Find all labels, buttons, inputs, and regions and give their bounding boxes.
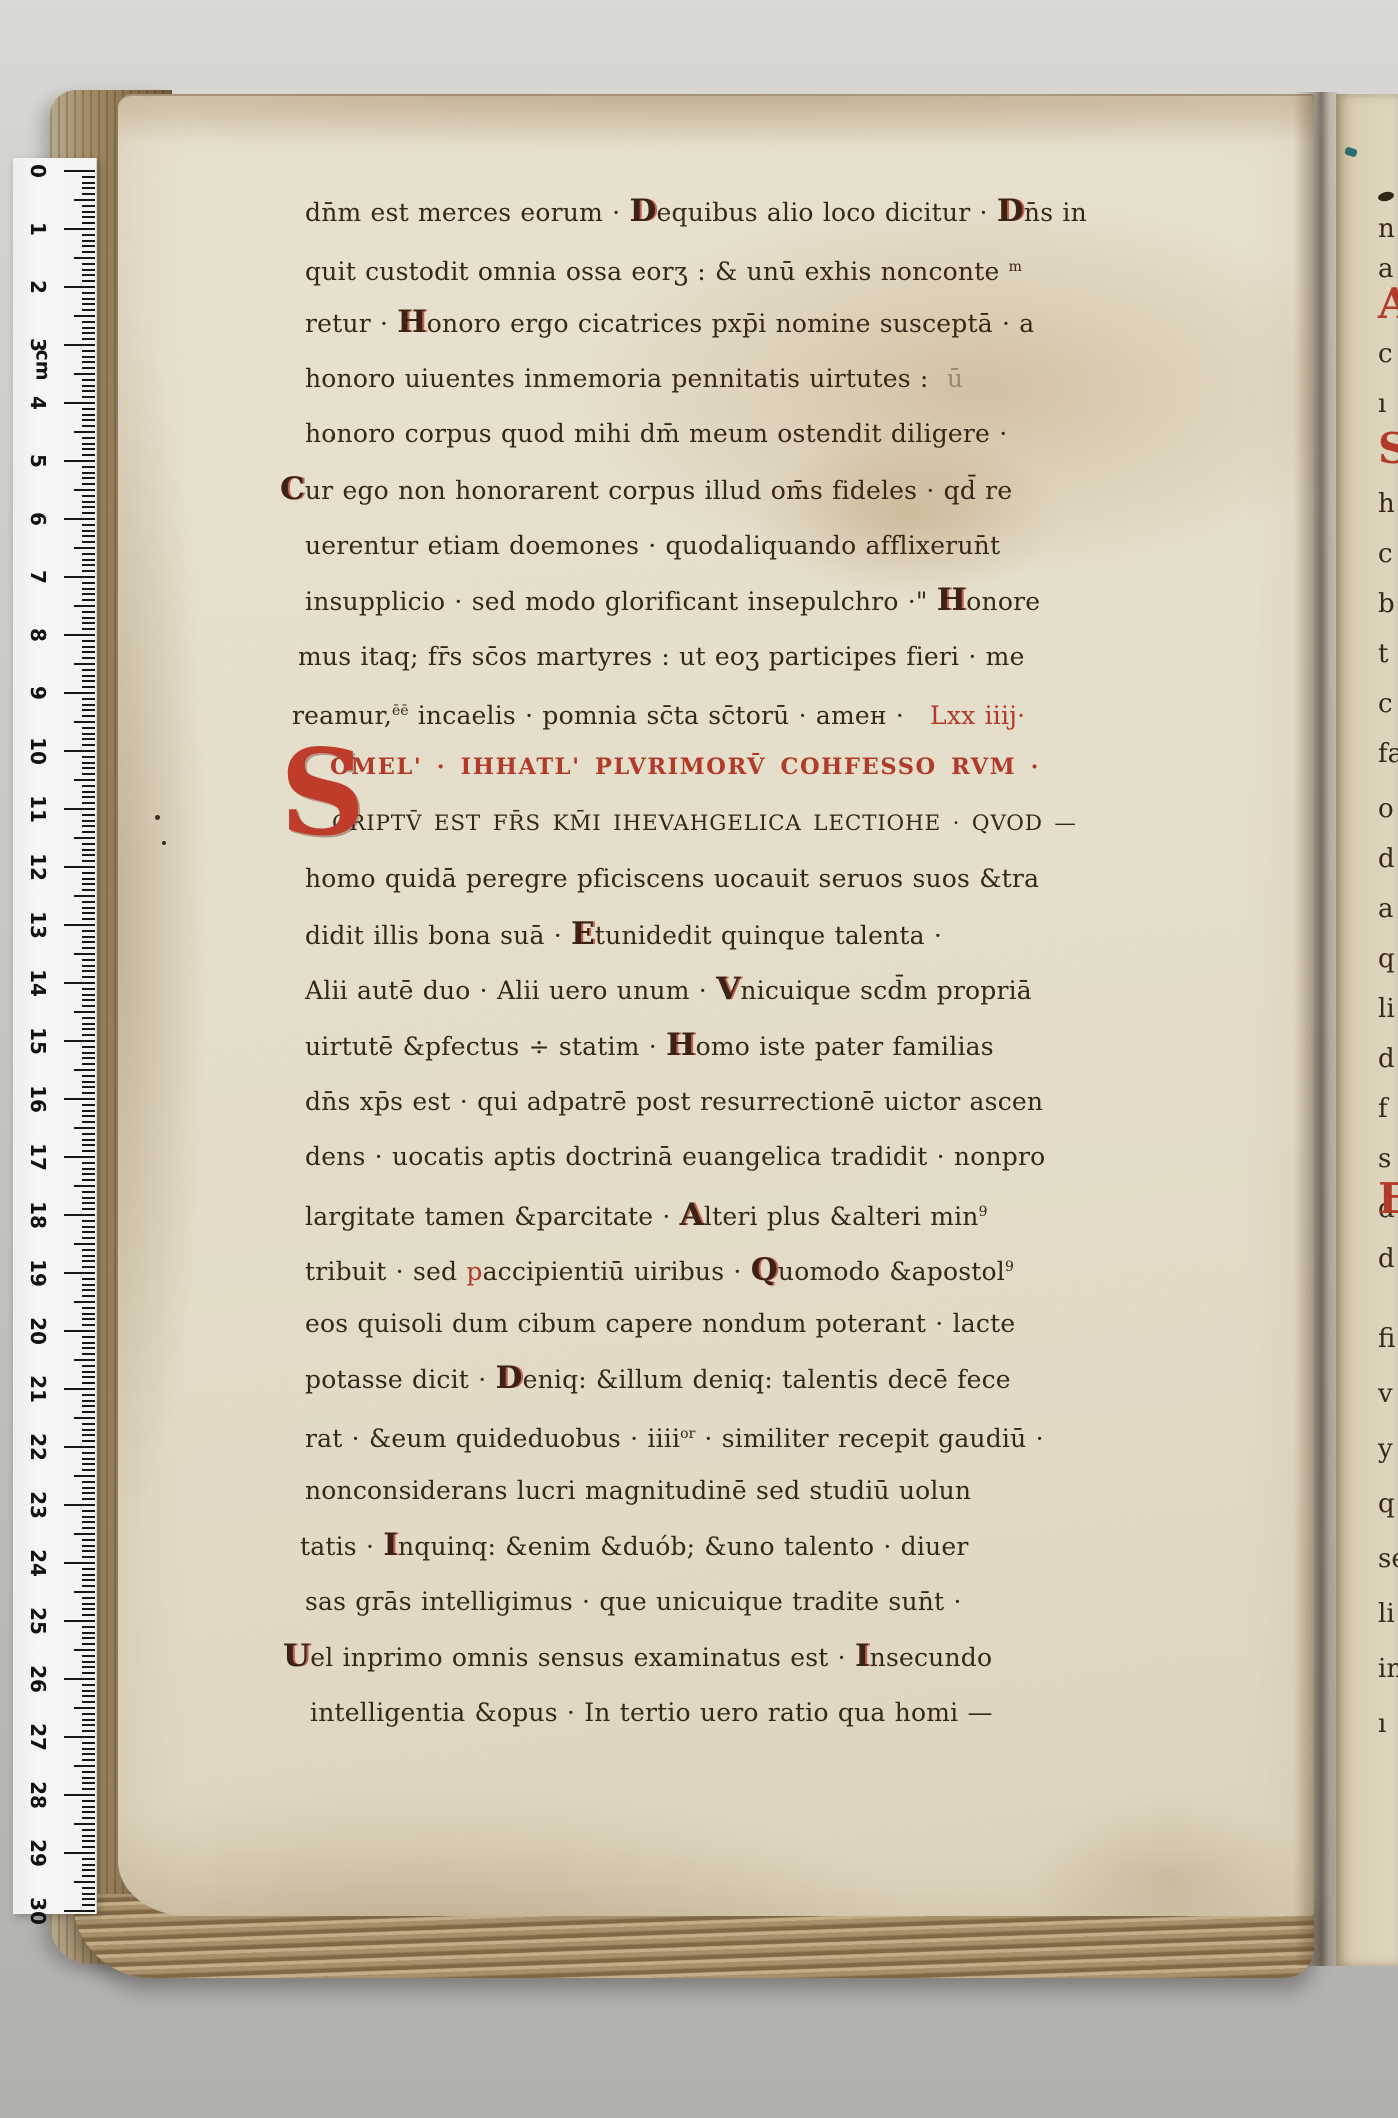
ruler-tick bbox=[82, 263, 95, 265]
edge-letter-fragment: y bbox=[1378, 1434, 1393, 1464]
text-line: largitate tamen &parcitate · Alteri plus… bbox=[280, 1185, 990, 1241]
ruler-tick bbox=[82, 361, 95, 363]
edge-letter-fragment: t bbox=[1378, 639, 1388, 669]
ruler-tick bbox=[82, 912, 95, 914]
body-text: largitate tamen &parcitate · bbox=[305, 1202, 680, 1231]
body-text: accipientiū uiribus · bbox=[483, 1257, 751, 1286]
ruler-tick bbox=[82, 1690, 95, 1692]
text-line: nonconsiderans lucri magnitudinē sed stu… bbox=[280, 1463, 990, 1519]
ruler-tick bbox=[82, 1527, 95, 1529]
ruler-tick bbox=[64, 866, 95, 868]
ruler-tick bbox=[82, 1249, 95, 1251]
ruler-number: 8 bbox=[26, 622, 50, 648]
ruler-tick bbox=[82, 1237, 95, 1239]
versal-initial: D bbox=[496, 1360, 523, 1396]
ruler-tick bbox=[64, 402, 95, 404]
text-line: CRIPTV̄ EST FR̄S KM̄I IHEVAHGELICA LECTI… bbox=[280, 796, 990, 852]
edge-letter-fragment: se bbox=[1378, 1544, 1398, 1574]
edge-letter-fragment: n bbox=[1378, 214, 1395, 244]
ruler-tick bbox=[64, 750, 95, 752]
ruler-tick bbox=[82, 831, 95, 833]
ruler-tick bbox=[82, 1081, 95, 1083]
text-line: uerentur etiam doemones · quodaliquando … bbox=[280, 518, 990, 574]
ruler-tick bbox=[82, 541, 95, 543]
ruler-tick bbox=[74, 315, 95, 317]
ruler-tick bbox=[82, 367, 95, 369]
edge-letter-fragment: b bbox=[1378, 589, 1395, 619]
edge-letter-fragment: A bbox=[1378, 279, 1398, 328]
ruler-tick bbox=[82, 582, 95, 584]
ruler-tick bbox=[82, 1724, 95, 1726]
ruler-tick bbox=[82, 1730, 95, 1732]
ruler-tick bbox=[82, 559, 95, 561]
ruler-tick bbox=[82, 176, 95, 178]
ruler-tick bbox=[82, 1191, 95, 1193]
ruler-tick bbox=[82, 1556, 95, 1558]
ruler-tick bbox=[82, 785, 95, 787]
ruler-tick bbox=[74, 1707, 95, 1709]
versal-initial: I bbox=[383, 1527, 398, 1563]
ruler-tick bbox=[82, 298, 95, 300]
body-text: tribuit · sed bbox=[305, 1257, 466, 1286]
ruler-tick bbox=[82, 738, 95, 740]
body-text: 9 bbox=[979, 1204, 988, 1220]
ruler-tick bbox=[82, 1608, 95, 1610]
ruler-tick bbox=[82, 1875, 95, 1877]
ruler-tick bbox=[74, 1591, 95, 1593]
ruler-tick bbox=[64, 1852, 95, 1854]
body-text: dn̄s xp̄s est · qui adpatrē post resurre… bbox=[305, 1087, 1043, 1116]
ruler-tick bbox=[82, 686, 95, 688]
ruler-tick bbox=[82, 1313, 95, 1315]
ruler-tick bbox=[82, 437, 95, 439]
ruler-tick bbox=[82, 756, 95, 758]
ruler-tick bbox=[64, 924, 95, 926]
ruler-tick bbox=[82, 1898, 95, 1900]
ruler-number: 26 bbox=[26, 1666, 50, 1692]
ruler-number: 21 bbox=[26, 1376, 50, 1402]
ruler-tick bbox=[82, 350, 95, 352]
ruler-tick bbox=[64, 1620, 95, 1622]
ruler-tick bbox=[82, 309, 95, 311]
ruler-tick bbox=[82, 1637, 95, 1639]
edge-letter-fragment: fa bbox=[1378, 739, 1398, 769]
ruler-tick bbox=[82, 883, 95, 885]
ruler-tick bbox=[74, 373, 95, 375]
edge-letter-fragment: d bbox=[1378, 1044, 1395, 1074]
ruler-tick bbox=[74, 721, 95, 723]
ruler-tick bbox=[82, 1568, 95, 1570]
ruler-tick bbox=[82, 640, 95, 642]
ruler-tick bbox=[82, 1858, 95, 1860]
ruler-tick bbox=[82, 211, 95, 213]
ruler-tick bbox=[82, 593, 95, 595]
ruler-tick bbox=[74, 1243, 95, 1245]
ruler-number: 20 bbox=[26, 1318, 50, 1344]
ruler-number: 4 bbox=[26, 390, 50, 416]
ruler-tick bbox=[82, 796, 95, 798]
ruler-tick bbox=[74, 1823, 95, 1825]
ruler-tick bbox=[82, 1835, 95, 1837]
ruler-number: 28 bbox=[26, 1782, 50, 1808]
ruler-tick bbox=[82, 414, 95, 416]
text-line: potasse dicit · Deniq: &illum deniq: tal… bbox=[280, 1351, 990, 1407]
ruler-tick bbox=[82, 733, 95, 735]
ruler-tick bbox=[64, 634, 95, 636]
ruler-tick bbox=[82, 1005, 95, 1007]
ruler-tick bbox=[82, 332, 95, 334]
ruler-tick bbox=[82, 1748, 95, 1750]
ruler-tick bbox=[82, 1574, 95, 1576]
ink-speck bbox=[162, 841, 166, 845]
ruler-tick bbox=[82, 802, 95, 804]
ruler-tick bbox=[82, 472, 95, 474]
ruler-tick bbox=[64, 1214, 95, 1216]
ruler-tick bbox=[82, 1458, 95, 1460]
ruler-tick bbox=[82, 1086, 95, 1088]
body-text: or bbox=[680, 1426, 695, 1442]
ruler-tick bbox=[74, 431, 95, 433]
ruler-tick bbox=[82, 1498, 95, 1500]
text-line: Cur ego non honorarent corpus illud om̄s… bbox=[280, 462, 990, 518]
body-text: 9 bbox=[1005, 1259, 1014, 1275]
ruler-tick bbox=[82, 622, 95, 624]
ruler-tick bbox=[82, 1666, 95, 1668]
body-text: sas grās intelligimus · que unicuique tr… bbox=[305, 1587, 962, 1616]
ruler-tick bbox=[82, 999, 95, 1001]
ruler-tick bbox=[82, 1266, 95, 1268]
versal-initial: U bbox=[283, 1638, 310, 1674]
body-text: homo quidā peregre pficiscens uocauit se… bbox=[305, 864, 1039, 893]
body-text: didit illis bona suā · bbox=[305, 921, 571, 950]
ruler-tick bbox=[64, 1910, 95, 1912]
ruler-number: 24 bbox=[26, 1550, 50, 1576]
ruler-tick bbox=[64, 1040, 95, 1042]
ruler-tick bbox=[82, 1318, 95, 1320]
text-line: retur · Honoro ergo cicatrices pxp̄i nom… bbox=[280, 295, 990, 351]
ruler-tick bbox=[74, 1359, 95, 1361]
ruler-tick bbox=[82, 205, 95, 207]
ruler-tick bbox=[82, 1463, 95, 1465]
ruler-tick bbox=[82, 646, 95, 648]
edge-letter-fragment: h bbox=[1378, 489, 1395, 519]
ruler-tick bbox=[82, 675, 95, 677]
ruler-tick bbox=[82, 1197, 95, 1199]
ruler-tick bbox=[64, 1156, 95, 1158]
ruler-tick bbox=[82, 245, 95, 247]
ruler-number: 9 bbox=[26, 680, 50, 706]
body-text: el inprimo omnis sensus examinatus est · bbox=[310, 1643, 855, 1672]
ruler-tick bbox=[64, 1098, 95, 1100]
ruler-number: 6 bbox=[26, 506, 50, 532]
ruler-number: 13 bbox=[26, 912, 50, 938]
body-text: onoro ergo cicatrices pxp̄i nomine susce… bbox=[427, 309, 1035, 338]
body-text: CRIPTV̄ EST FR̄S KM̄I IHEVAHGELICA LECTI… bbox=[332, 811, 1077, 836]
ruler-tick bbox=[74, 837, 95, 839]
ruler-tick bbox=[82, 1603, 95, 1605]
ruler-number: 17 bbox=[26, 1144, 50, 1170]
ruler-tick bbox=[82, 907, 95, 909]
ruler-tick bbox=[82, 1597, 95, 1599]
ruler-tick bbox=[82, 530, 95, 532]
ruler-tick bbox=[64, 1446, 95, 1448]
ruler-tick bbox=[74, 1417, 95, 1419]
versal-initial: H bbox=[397, 304, 427, 340]
text-line: honoro corpus quod mihi dm̄ meum ostendi… bbox=[280, 406, 990, 462]
ruler-tick bbox=[82, 1539, 95, 1541]
ruler-tick bbox=[82, 1400, 95, 1402]
ruler-tick bbox=[82, 182, 95, 184]
ruler-tick bbox=[74, 1069, 95, 1071]
versal-initial: H bbox=[937, 582, 967, 618]
body-text: omo iste pater familias bbox=[696, 1032, 994, 1061]
rubric-text: p bbox=[466, 1257, 482, 1286]
ruler-tick bbox=[82, 889, 95, 891]
ruler-tick bbox=[82, 976, 95, 978]
text-line: intelligentia &opus · In tertio uero rat… bbox=[280, 1685, 990, 1741]
body-text: nicuique scd̄m propriā bbox=[740, 976, 1032, 1005]
ruler-tick bbox=[82, 1806, 95, 1808]
rubric-text: Lxx iiij· bbox=[930, 701, 1025, 730]
ruler-tick bbox=[82, 1713, 95, 1715]
ruler-tick bbox=[64, 1504, 95, 1506]
ruler-tick bbox=[82, 396, 95, 398]
ruler-tick bbox=[82, 698, 95, 700]
body-text: uerentur etiam doemones · quodaliquando … bbox=[305, 531, 1000, 560]
ruler-tick bbox=[82, 564, 95, 566]
edge-letter-fragment: fi bbox=[1378, 1324, 1395, 1354]
body-text: potasse dicit · bbox=[305, 1365, 496, 1394]
ruler-tick bbox=[82, 704, 95, 706]
ruler-tick bbox=[82, 860, 95, 862]
versal-initial: A bbox=[680, 1197, 704, 1233]
text-line: homo quidā peregre pficiscens uocauit se… bbox=[280, 851, 990, 907]
ruler-tick bbox=[82, 1307, 95, 1309]
ruler-tick bbox=[82, 1840, 95, 1842]
versal-initial: E bbox=[571, 916, 595, 952]
ruler-tick bbox=[82, 1701, 95, 1703]
ruler-tick bbox=[82, 1429, 95, 1431]
ruler-tick bbox=[82, 443, 95, 445]
ruler-tick bbox=[82, 611, 95, 613]
ruler-tick bbox=[82, 1487, 95, 1489]
edge-letter-fragment: ı bbox=[1378, 1709, 1386, 1739]
ruler-tick bbox=[82, 408, 95, 410]
ruler-tick bbox=[82, 1864, 95, 1866]
body-text: quit custodit omnia ossa eorʒ : & unū ex… bbox=[305, 257, 1009, 286]
ruler-number: 23 bbox=[26, 1492, 50, 1518]
text-line: insupplicio · sed modo glorificant insep… bbox=[280, 573, 990, 629]
text-line: reamur,ēē incaelis · pomnia sc̄ta sc̄tor… bbox=[280, 684, 990, 740]
ruler-tick bbox=[82, 240, 95, 242]
ruler-tick bbox=[82, 1887, 95, 1889]
body-text: · similiter recepit gaudiū · bbox=[695, 1424, 1043, 1453]
edge-letter-fragment: d bbox=[1378, 1244, 1395, 1274]
edge-letter-fragment: c bbox=[1378, 339, 1393, 369]
ruler-tick bbox=[82, 1371, 95, 1373]
ruler-tick bbox=[82, 959, 95, 961]
ruler-tick bbox=[82, 588, 95, 590]
text-line: dens · uocatis aptis doctrinā euangelica… bbox=[280, 1129, 990, 1185]
body-text: onore bbox=[966, 587, 1040, 616]
ruler-tick bbox=[82, 1469, 95, 1471]
ruler-tick bbox=[82, 1550, 95, 1552]
ruler-tick bbox=[82, 617, 95, 619]
ruler-tick bbox=[82, 553, 95, 555]
ruler-tick bbox=[82, 216, 95, 218]
ruler-tick bbox=[82, 1034, 95, 1036]
ruler-tick bbox=[64, 1388, 95, 1390]
ruler-tick bbox=[82, 709, 95, 711]
ruler-tick bbox=[82, 269, 95, 271]
ruler-tick bbox=[82, 1052, 95, 1054]
ruler-tick bbox=[74, 547, 95, 549]
ruler-tick bbox=[82, 1382, 95, 1384]
ruler-tick bbox=[74, 605, 95, 607]
ruler-tick bbox=[82, 762, 95, 764]
ruler-tick bbox=[82, 379, 95, 381]
ruler-tick bbox=[82, 251, 95, 253]
ruler-tick bbox=[64, 576, 95, 578]
ruler-tick bbox=[82, 1028, 95, 1030]
ruler-tick bbox=[82, 1405, 95, 1407]
ruler-tick bbox=[64, 170, 95, 172]
ruler-tick bbox=[82, 669, 95, 671]
ruler-tick bbox=[82, 292, 95, 294]
ruler-tick bbox=[82, 1063, 95, 1065]
ruler-tick bbox=[82, 1017, 95, 1019]
edge-letter-fragment: q bbox=[1378, 944, 1395, 974]
ink-speck bbox=[155, 815, 160, 820]
ruler-tick bbox=[74, 1765, 95, 1767]
ruler-tick bbox=[82, 814, 95, 816]
ruler-tick bbox=[82, 448, 95, 450]
ruler-number: 18 bbox=[26, 1202, 50, 1228]
ruler-number: 2 bbox=[26, 274, 50, 300]
ruler-number: 3 bbox=[26, 332, 50, 358]
ruler-tick bbox=[82, 936, 95, 938]
ruler-tick bbox=[82, 1168, 95, 1170]
ruler-tick bbox=[64, 1794, 95, 1796]
body-text: intelligentia &opus · In tertio uero rat… bbox=[310, 1698, 993, 1727]
ruler-tick bbox=[74, 199, 95, 201]
ruler-tick bbox=[82, 680, 95, 682]
versal-initial: C bbox=[280, 471, 305, 507]
text-line: rat · &eum quideduobus · iiiior · simili… bbox=[280, 1407, 990, 1463]
ruler-tick bbox=[82, 727, 95, 729]
ruler-tick bbox=[82, 321, 95, 323]
ruler-tick bbox=[64, 460, 95, 462]
cm-ruler: cm 0123456789101112131415161718192021222… bbox=[13, 158, 97, 1914]
ruler-tick bbox=[82, 1516, 95, 1518]
ruler-tick bbox=[82, 878, 95, 880]
ruler-tick bbox=[82, 1771, 95, 1773]
body-text: nquinq: &enim &duób; &uno talento · diue… bbox=[398, 1532, 969, 1561]
ruler-tick bbox=[82, 1423, 95, 1425]
ruler-tick bbox=[82, 1440, 95, 1442]
ruler-tick bbox=[82, 454, 95, 456]
ruler-tick bbox=[82, 941, 95, 943]
edge-letter-fragment: in bbox=[1378, 1654, 1398, 1684]
ruler-tick bbox=[82, 1829, 95, 1831]
ruler-tick bbox=[64, 518, 95, 520]
text-line: mus itaq; fr̄s sc̄os martyres : ut eoʒ p… bbox=[280, 629, 990, 685]
body-text: uirtutē &pfectus ÷ statim · bbox=[305, 1032, 666, 1061]
ruler-tick bbox=[82, 1492, 95, 1494]
ruler-tick bbox=[64, 1678, 95, 1680]
ruler-tick bbox=[74, 1475, 95, 1477]
ruler-tick bbox=[82, 1139, 95, 1141]
ruler-tick bbox=[64, 1562, 95, 1564]
ruler-tick bbox=[82, 512, 95, 514]
ruler-tick bbox=[82, 234, 95, 236]
ruler-tick bbox=[82, 970, 95, 972]
ruler-number: 30 bbox=[26, 1898, 50, 1924]
ruler-tick bbox=[82, 535, 95, 537]
ruler-tick bbox=[64, 692, 95, 694]
ruler-tick bbox=[82, 1585, 95, 1587]
ruler-tick bbox=[64, 286, 95, 288]
body-text: tunidedit quinque talenta · bbox=[595, 921, 942, 950]
ruler-tick bbox=[64, 344, 95, 346]
ruler-number: 11 bbox=[26, 796, 50, 822]
ruler-tick bbox=[82, 1643, 95, 1645]
ruler-tick bbox=[82, 1023, 95, 1025]
ruler-tick bbox=[74, 257, 95, 259]
rubric-text: OMEL' · IHHATL' PLVRIMORV̄ COHFESSO RVM … bbox=[330, 754, 1040, 780]
ruler-tick bbox=[82, 1173, 95, 1175]
ruler-tick bbox=[74, 1011, 95, 1013]
ruler-tick bbox=[74, 953, 95, 955]
ruler-tick bbox=[82, 1904, 95, 1906]
ruler-tick bbox=[82, 651, 95, 653]
ruler-tick bbox=[64, 808, 95, 810]
ruler-number: 25 bbox=[26, 1608, 50, 1634]
ruler-tick bbox=[82, 1278, 95, 1280]
edge-letter-fragment: f bbox=[1378, 1094, 1388, 1124]
ruler-number: 16 bbox=[26, 1086, 50, 1112]
body-text: ū bbox=[947, 364, 963, 393]
ruler-tick bbox=[82, 1133, 95, 1135]
ruler-tick bbox=[74, 779, 95, 781]
body-text: incaelis · pomnia sc̄ta sc̄torū · ameн · bbox=[409, 701, 904, 730]
ruler-tick bbox=[82, 187, 95, 189]
edge-letter-fragment: a bbox=[1378, 894, 1394, 924]
ruler-tick bbox=[82, 1075, 95, 1077]
ruler-tick bbox=[82, 1226, 95, 1228]
ruler-tick bbox=[64, 228, 95, 230]
text-line: Alii autē duo · Alii uero unum · Vnicuiq… bbox=[280, 962, 990, 1018]
ruler-tick bbox=[82, 1208, 95, 1210]
ruler-tick bbox=[82, 988, 95, 990]
ruler-tick bbox=[82, 506, 95, 508]
ruler-tick bbox=[82, 356, 95, 358]
text-line: dn̄m est merces eorum · Dequibus alio lo… bbox=[280, 184, 990, 240]
ruler-tick bbox=[64, 982, 95, 984]
ruler-tick bbox=[82, 825, 95, 827]
ruler-tick bbox=[82, 715, 95, 717]
body-text: nsecundo bbox=[870, 1643, 993, 1672]
ruler-tick bbox=[82, 483, 95, 485]
ruler-tick bbox=[82, 918, 95, 920]
text-line: OMEL' · IHHATL' PLVRIMORV̄ COHFESSO RVM … bbox=[280, 740, 990, 796]
ruler-tick bbox=[82, 1759, 95, 1761]
ruler-tick bbox=[82, 501, 95, 503]
facing-page-sliver: naAcıShcbtcfaodaqlidfsddEfivyqseliinı bbox=[1336, 94, 1398, 1966]
ruler-tick bbox=[82, 849, 95, 851]
ruler-tick bbox=[82, 1162, 95, 1164]
ruler-tick bbox=[82, 1347, 95, 1349]
